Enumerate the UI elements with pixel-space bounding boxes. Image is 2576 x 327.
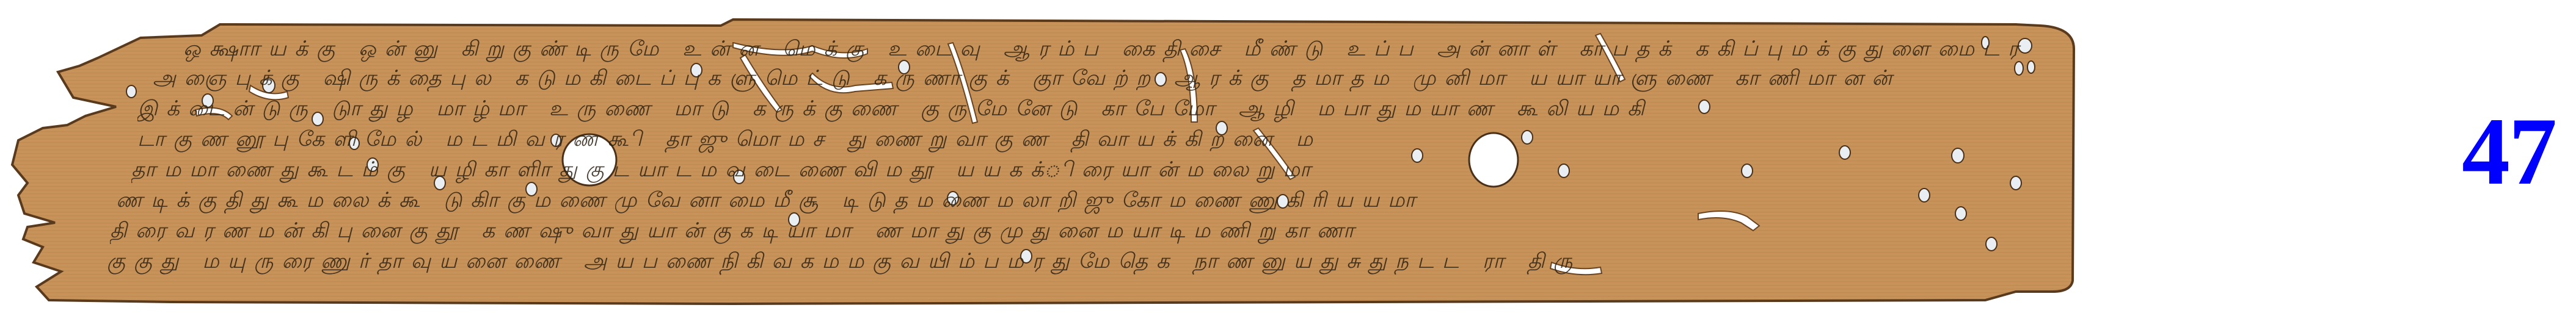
text-line-3: இக்டைன்டுரு டுாதுழ மாழ்மா உருணை மாடு கரு… xyxy=(137,96,1653,123)
text-line-5: தாமமாணைதுகூடம்கு யழிகாளிாதுகுடயாடமவடைணைவ… xyxy=(131,157,1319,184)
manuscript-text-block: ஒக்ஷாாயக்கு ஒன்னு கிறுகுண்டிருமே உன்ன மெ… xyxy=(0,0,2089,327)
text-line-4: டாகுணனூபுகேளிமேல் மடமிவரணகூி தாஜுமொமச து… xyxy=(137,127,1321,154)
text-line-7: திரைவரணமன்கிபுனைகுதூ கணஷுவாதுயான்குகடியா… xyxy=(110,218,1363,245)
text-line-6: ணடிக்குதிதுகூமலைக்கூ டுகிாகுமணைமுவேனாமைம… xyxy=(116,188,1424,215)
text-line-1: ஒக்ஷாாயக்கு ஒன்னு கிறுகுண்டிருமே உன்ன மெ… xyxy=(183,37,2027,63)
page-number-label: 47 xyxy=(2462,104,2556,200)
palm-leaf-manuscript: ஒக்ஷாாயக்கு ஒன்னு கிறுகுண்டிருமே உன்ன மெ… xyxy=(0,0,2089,327)
text-line-2: அஞைபுக்கு ஷிருக்தைபுல கடுமகிடைப்புகளுமெட… xyxy=(153,66,1900,93)
text-line-8: குகுது மயுருரைணுர்தாவுயனைணை அயபணைநிகிவகம… xyxy=(107,249,1581,276)
